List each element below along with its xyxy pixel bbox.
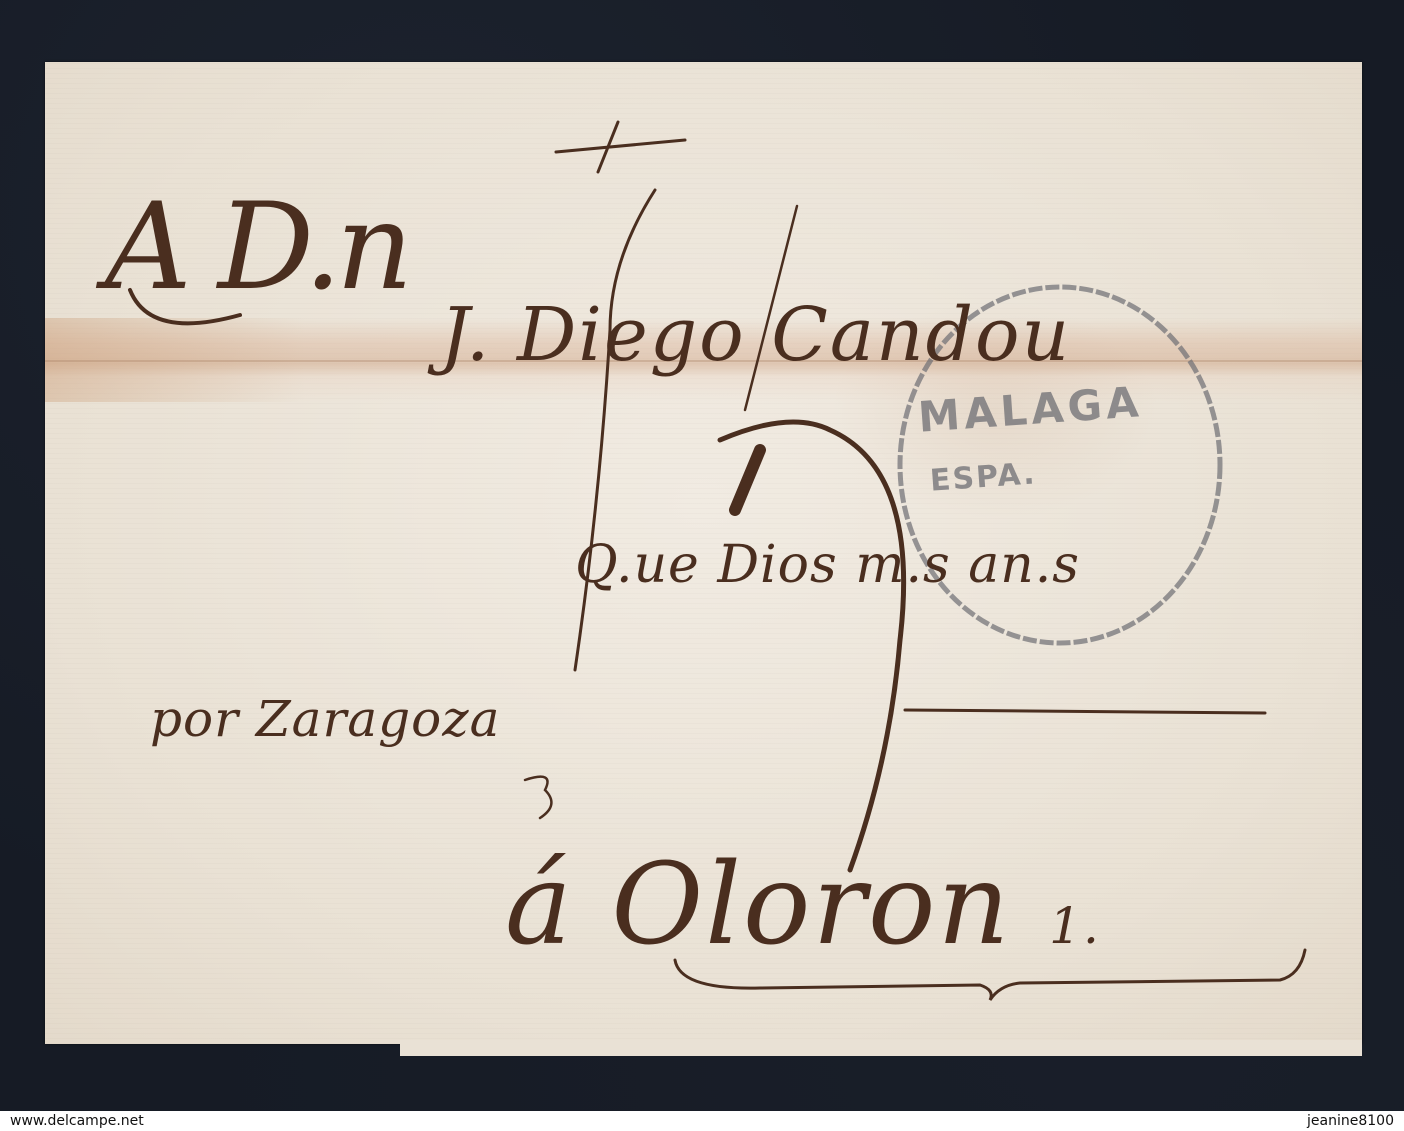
seller-name: jeanine8100 [1307,1111,1394,1131]
destination-town: á Oloron 1. [505,840,1101,970]
destination-suffix: 1. [1049,897,1101,955]
route-line: por Zaragoza [150,690,500,748]
addressee-name: J. Diego Candou [440,292,1071,378]
caption-strip: www.delcampe.net jeanine8100 [0,1111,1404,1131]
site-watermark: www.delcampe.net [10,1111,144,1131]
address-blessing: Q.ue Dios m.s an.s [575,535,1080,595]
destination-text: á Oloron [505,840,1012,970]
address-salutation: A D.n [105,178,407,317]
letter-photo: MALAGA ESPA. A D.n J. Diego Candou Q.ue … [0,0,1404,1111]
